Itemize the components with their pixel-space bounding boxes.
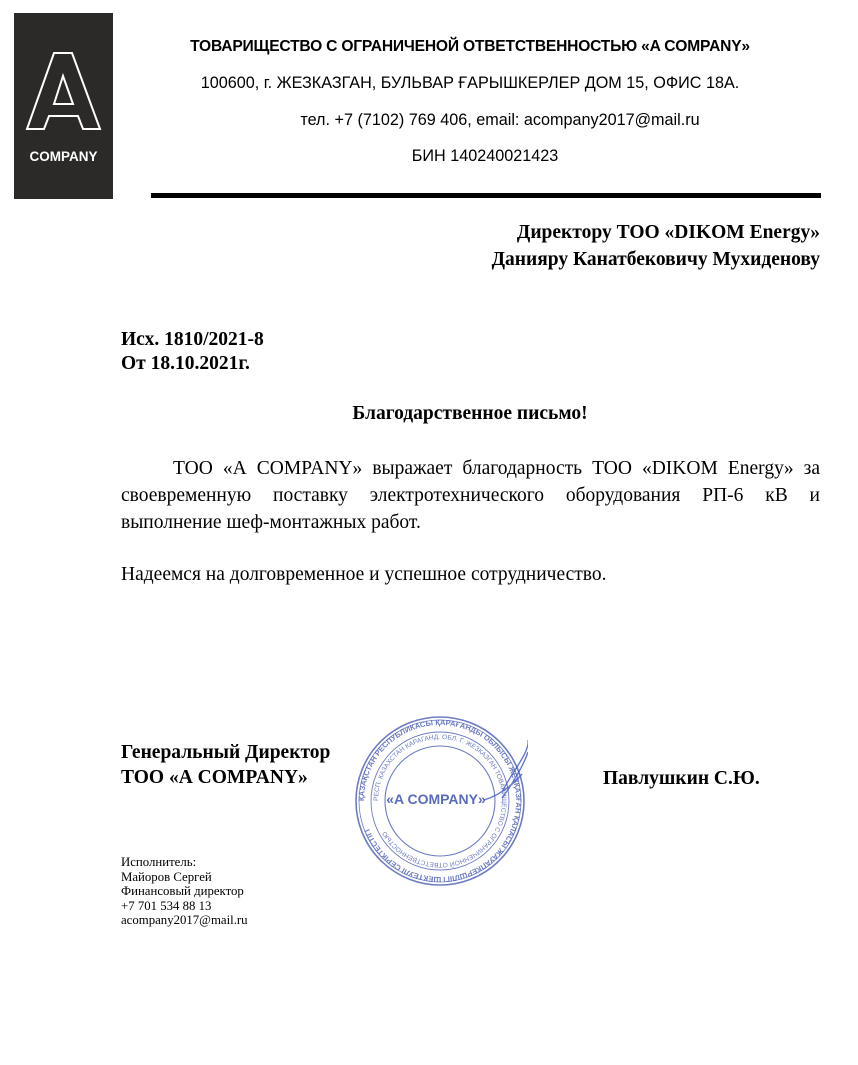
executor-label: Исполнитель: bbox=[121, 855, 248, 870]
letter-date: От 18.10.2021г. bbox=[121, 352, 250, 376]
addressee-line-2: Данияру Канатбековичу Мухиденову bbox=[492, 248, 820, 272]
letter-title: Благодарственное письмо! bbox=[0, 403, 858, 425]
svg-text:«A COMPANY»: «A COMPANY» bbox=[386, 791, 486, 807]
signatory-company: ТОО «А COMPANY» bbox=[121, 766, 308, 790]
logo-text: COMPANY bbox=[14, 149, 113, 164]
letterhead-divider bbox=[151, 193, 821, 198]
executor-name: Майоров Сергей bbox=[121, 870, 248, 885]
letterhead-address: 100600, г. ЖЕЗКАЗГАН, БУЛЬВАР ҒАРЫШКЕРЛЕ… bbox=[150, 74, 790, 93]
letterhead-company-name: ТОВАРИЩЕСТВО С ОГРАНИЧЕНОЙ ОТВЕТСТВЕННОС… bbox=[150, 38, 790, 56]
executor-position: Финансовый директор bbox=[121, 884, 248, 899]
letterhead-contacts: тел. +7 (7102) 769 406, email: acompany2… bbox=[180, 111, 820, 130]
stamp-seal-icon: ҚАЗАҚСТАН РЕСПУБЛИКАСЫ ҚАРАҒАНДЫ ОБЛЫСЫ … bbox=[352, 712, 528, 890]
outgoing-number: Исх. 1810/2021-8 bbox=[121, 328, 264, 352]
letter-paragraph-2: Надеемся на долговременное и успешное со… bbox=[121, 561, 820, 588]
letterhead-bin: БИН 140240021423 bbox=[165, 147, 805, 166]
signatory-name: Павлушкин С.Ю. bbox=[603, 768, 760, 790]
addressee-line-1: Директору ТОО «DIKOM Energy» bbox=[517, 221, 820, 245]
signatory-position: Генеральный Директор bbox=[121, 741, 330, 765]
executor-phone: +7 701 534 88 13 bbox=[121, 899, 248, 914]
executor-email[interactable]: acompany2017@mail.ru bbox=[121, 913, 248, 928]
company-logo: COMPANY bbox=[14, 13, 113, 199]
logo-letter-a-icon bbox=[14, 13, 113, 199]
company-stamp: ҚАЗАҚСТАН РЕСПУБЛИКАСЫ ҚАРАҒАНДЫ ОБЛЫСЫ … bbox=[352, 712, 528, 890]
letter-paragraph-1: ТОО «А COMPANY» выражает благодарность Т… bbox=[121, 455, 820, 536]
executor-block: Исполнитель: Майоров Сергей Финансовый д… bbox=[121, 855, 248, 928]
